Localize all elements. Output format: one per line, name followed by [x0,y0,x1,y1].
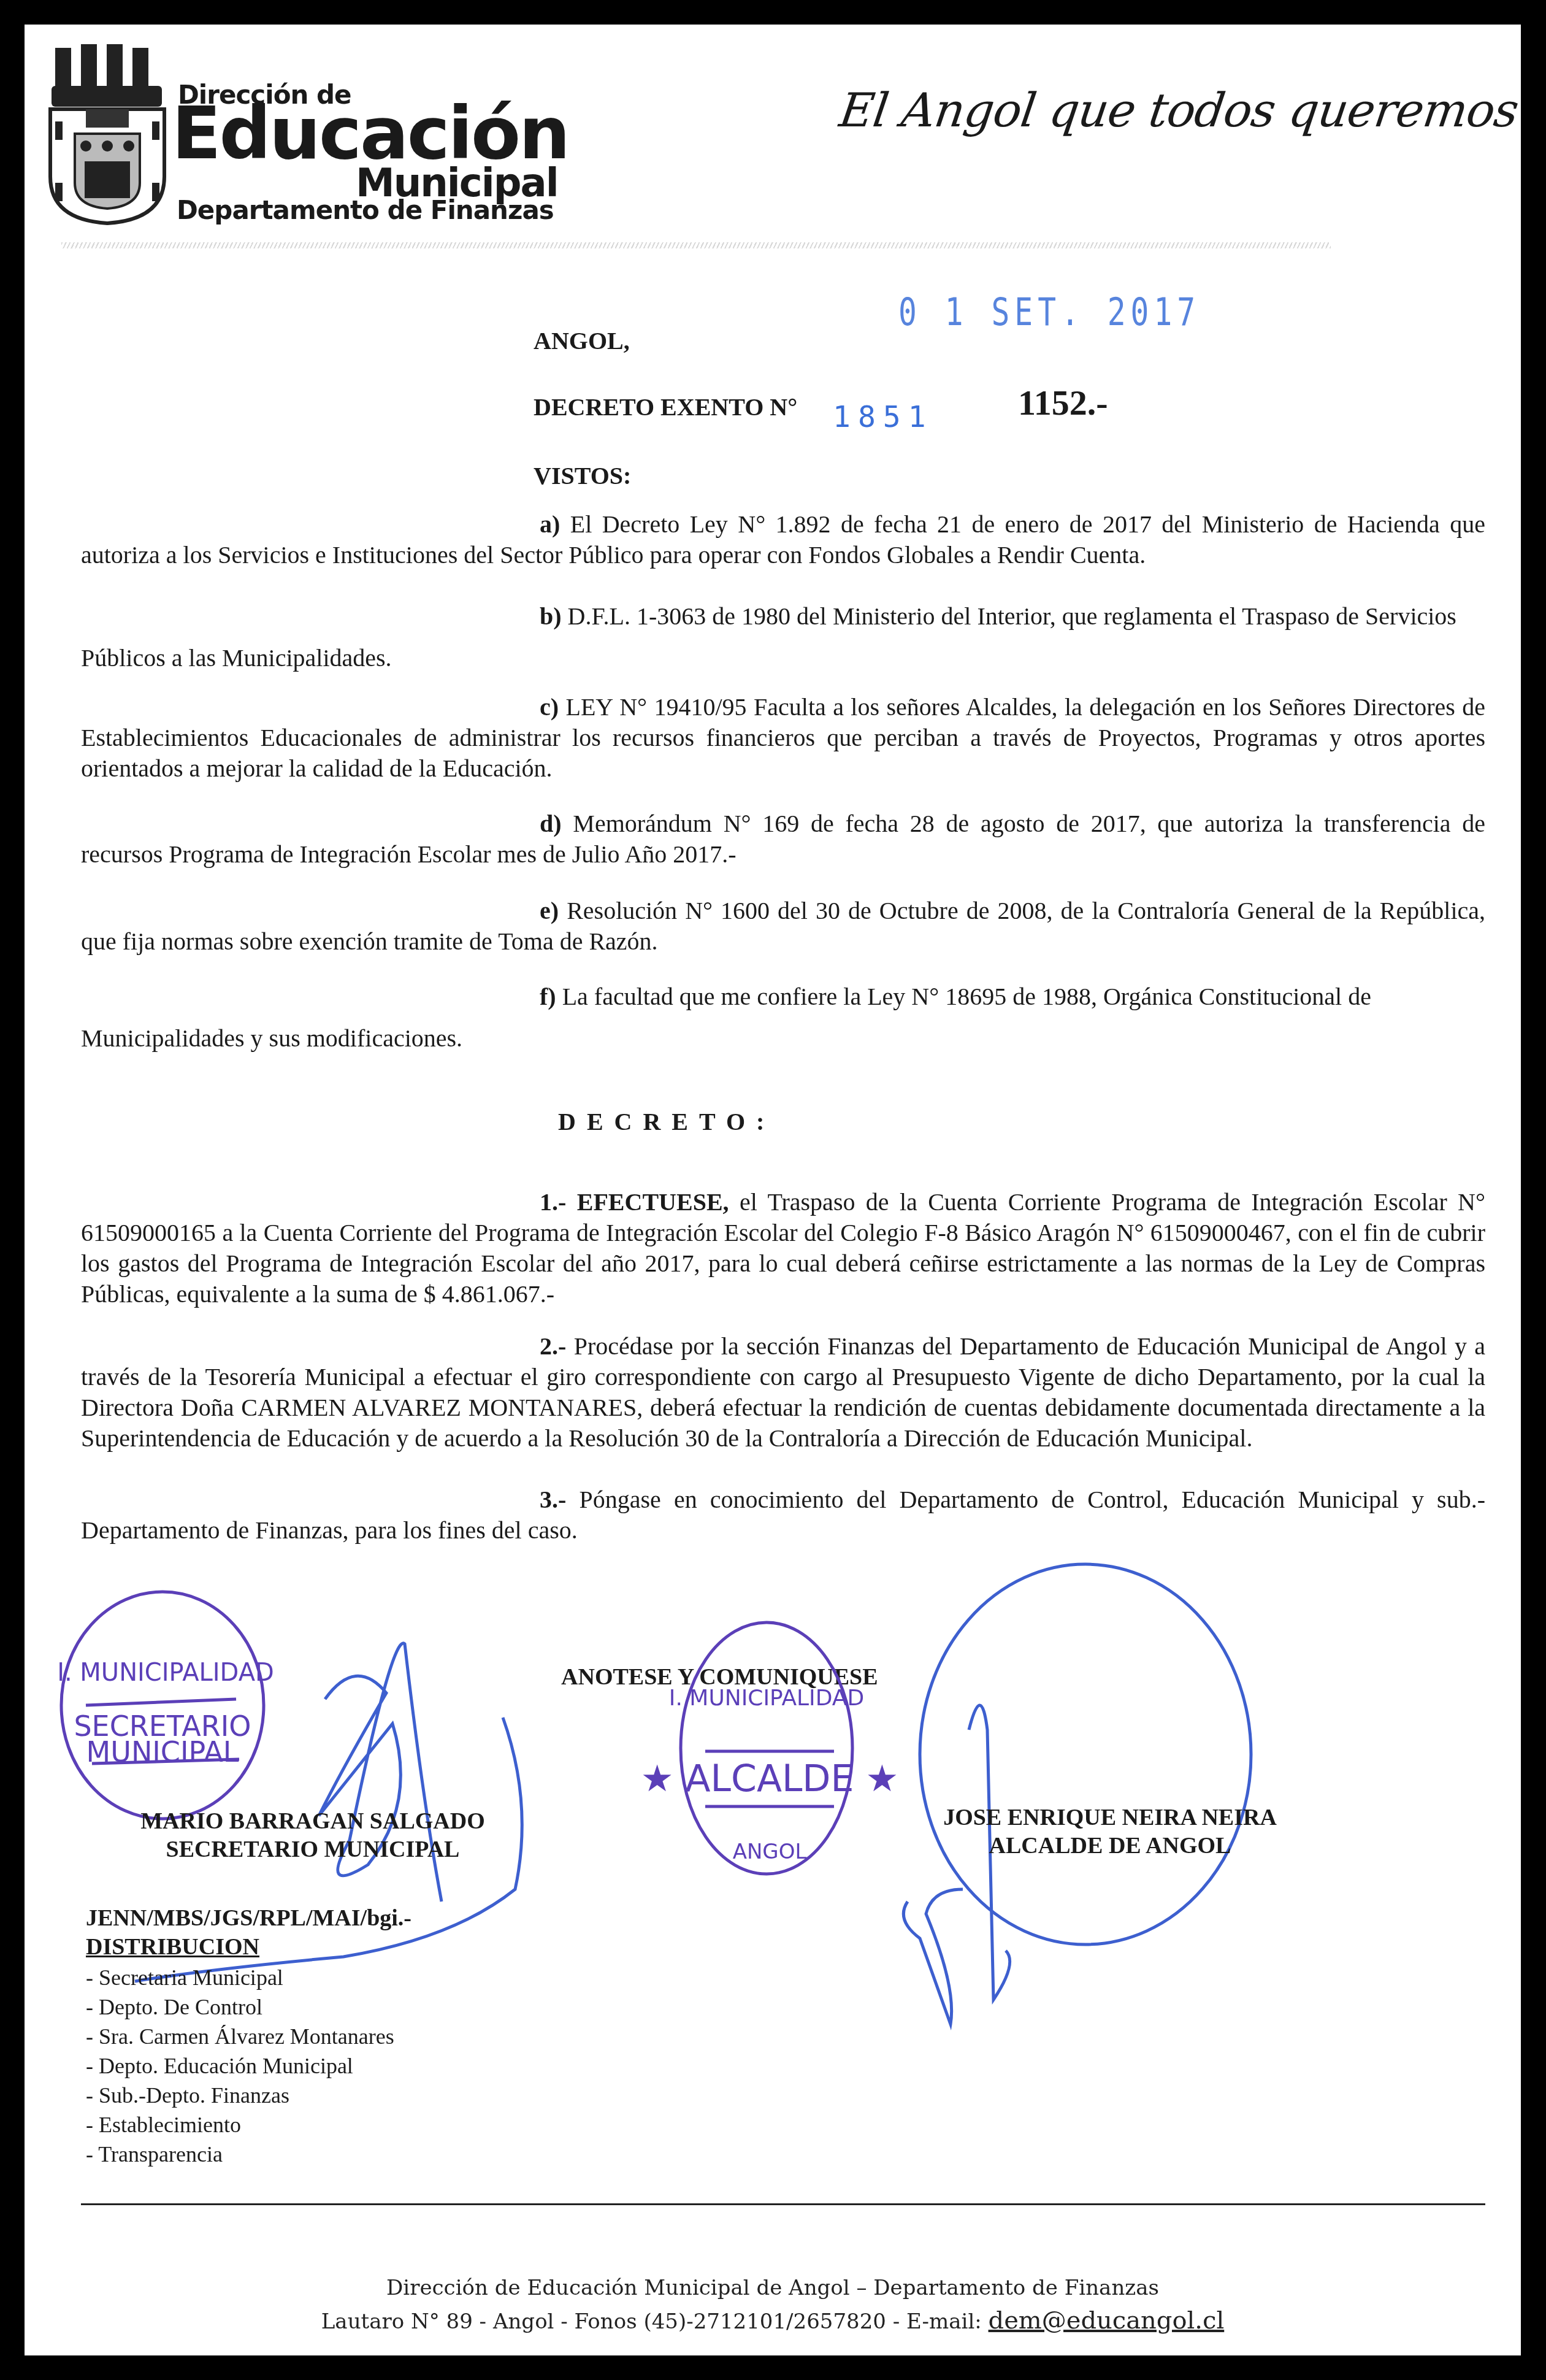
header-divider [61,242,1331,248]
svg-text:SECRETARIO: SECRETARIO [74,1710,251,1743]
footer-org: Dirección de Educación Municipal de Ango… [25,2276,1521,2300]
list-item: - Depto. Educación Municipal [86,2051,394,2081]
footer-address: Lautaro N° 89 - Angol - Fonos (45)-27121… [321,2309,989,2334]
mayor-signature [903,1564,1251,2024]
reference-initials: JENN/MBS/JGS/RPL/MAI/bgi.- [86,1905,411,1932]
decreto-item-3: 3.- Póngase en conocimiento del Departam… [81,1484,1485,1546]
list-item: - Sra. Carmen Álvarez Montanares [86,2022,394,2051]
mayor-signatory: JOSE ENRIQUE NEIRA NEIRA ALCALDE DE ANGO… [920,1803,1300,1860]
city-label: ANGOL, [534,326,630,356]
svg-text:I. MUNICIPALIDAD: I. MUNICIPALIDAD [57,1659,274,1687]
coat-of-arms-icon [43,42,172,226]
secretary-stamp [61,1592,264,1819]
decree-number: 1152.- [1018,382,1108,423]
date-stamp: 0 1 SET. 2017 [898,290,1200,334]
org-department: Departamento de Finanzas [177,195,554,225]
vistos-item-a: a) El Decreto Ley N° 1.892 de fecha 21 d… [81,509,1485,570]
footer-contact: Lautaro N° 89 - Angol - Fonos (45)-27121… [25,2306,1521,2335]
secretary-name: MARIO BARRAGAN SALGADO [123,1807,503,1835]
document-page: Dirección de Educación Municipal Departa… [25,25,1521,2355]
list-item: - Transparencia [86,2140,394,2169]
list-item: - Establecimiento [86,2110,394,2140]
list-item: - Depto. De Control [86,1992,394,2022]
email-link[interactable]: dem@educangol.cl [989,2306,1225,2335]
anotese-comuniquese: ANOTESE Y COMUNIQUESE [561,1664,878,1691]
list-item: - Secretaria Municipal [86,1963,394,1992]
decree-stamp: 1851 [833,400,933,434]
decree-label: DECRETO EXENTO N° [534,393,797,422]
distribution-title: DISTRIBUCION [86,1933,259,1960]
svg-text:★ ALCALDE ★: ★ ALCALDE ★ [641,1757,899,1800]
org-line-2: Educación [172,97,568,169]
slogan: El Angol que todos queremos [836,83,1521,137]
vistos-item-f: f) La facultad que me confiere la Ley N°… [81,981,1485,1054]
mayor-title: ALCALDE DE ANGOL [920,1832,1300,1860]
mayor-name: JOSE ENRIQUE NEIRA NEIRA [920,1803,1300,1832]
list-item: - Sub.-Depto. Finanzas [86,2081,394,2110]
vistos-item-d: d) Memorándum N° 169 de fecha 28 de agos… [81,808,1485,870]
decreto-item-1: 1.- EFECTUESE, el Traspaso de la Cuenta … [81,1187,1485,1310]
vistos-heading: VISTOS: [534,461,631,491]
vistos-item-e: e) Resolución N° 1600 del 30 de Octubre … [81,896,1485,957]
decreto-item-2: 2.- Procédase por la sección Finanzas de… [81,1331,1485,1454]
svg-text:ANGOL: ANGOL [733,1840,807,1864]
secretary-signatory: MARIO BARRAGAN SALGADO SECRETARIO MUNICI… [123,1807,503,1864]
footer-divider [81,2203,1485,2205]
svg-text:MUNICIPAL: MUNICIPAL [86,1735,239,1768]
vistos-item-b: b) D.F.L. 1-3063 de 1980 del Ministerio … [81,601,1485,674]
vistos-item-c: c) LEY N° 19410/95 Faculta a los señores… [81,692,1485,784]
secretary-title: SECRETARIO MUNICIPAL [123,1835,503,1864]
mayor-stamp [681,1622,852,1874]
decreto-heading: DECRETO: [558,1107,775,1136]
distribution-list: - Secretaria Municipal - Depto. De Contr… [86,1963,394,2169]
